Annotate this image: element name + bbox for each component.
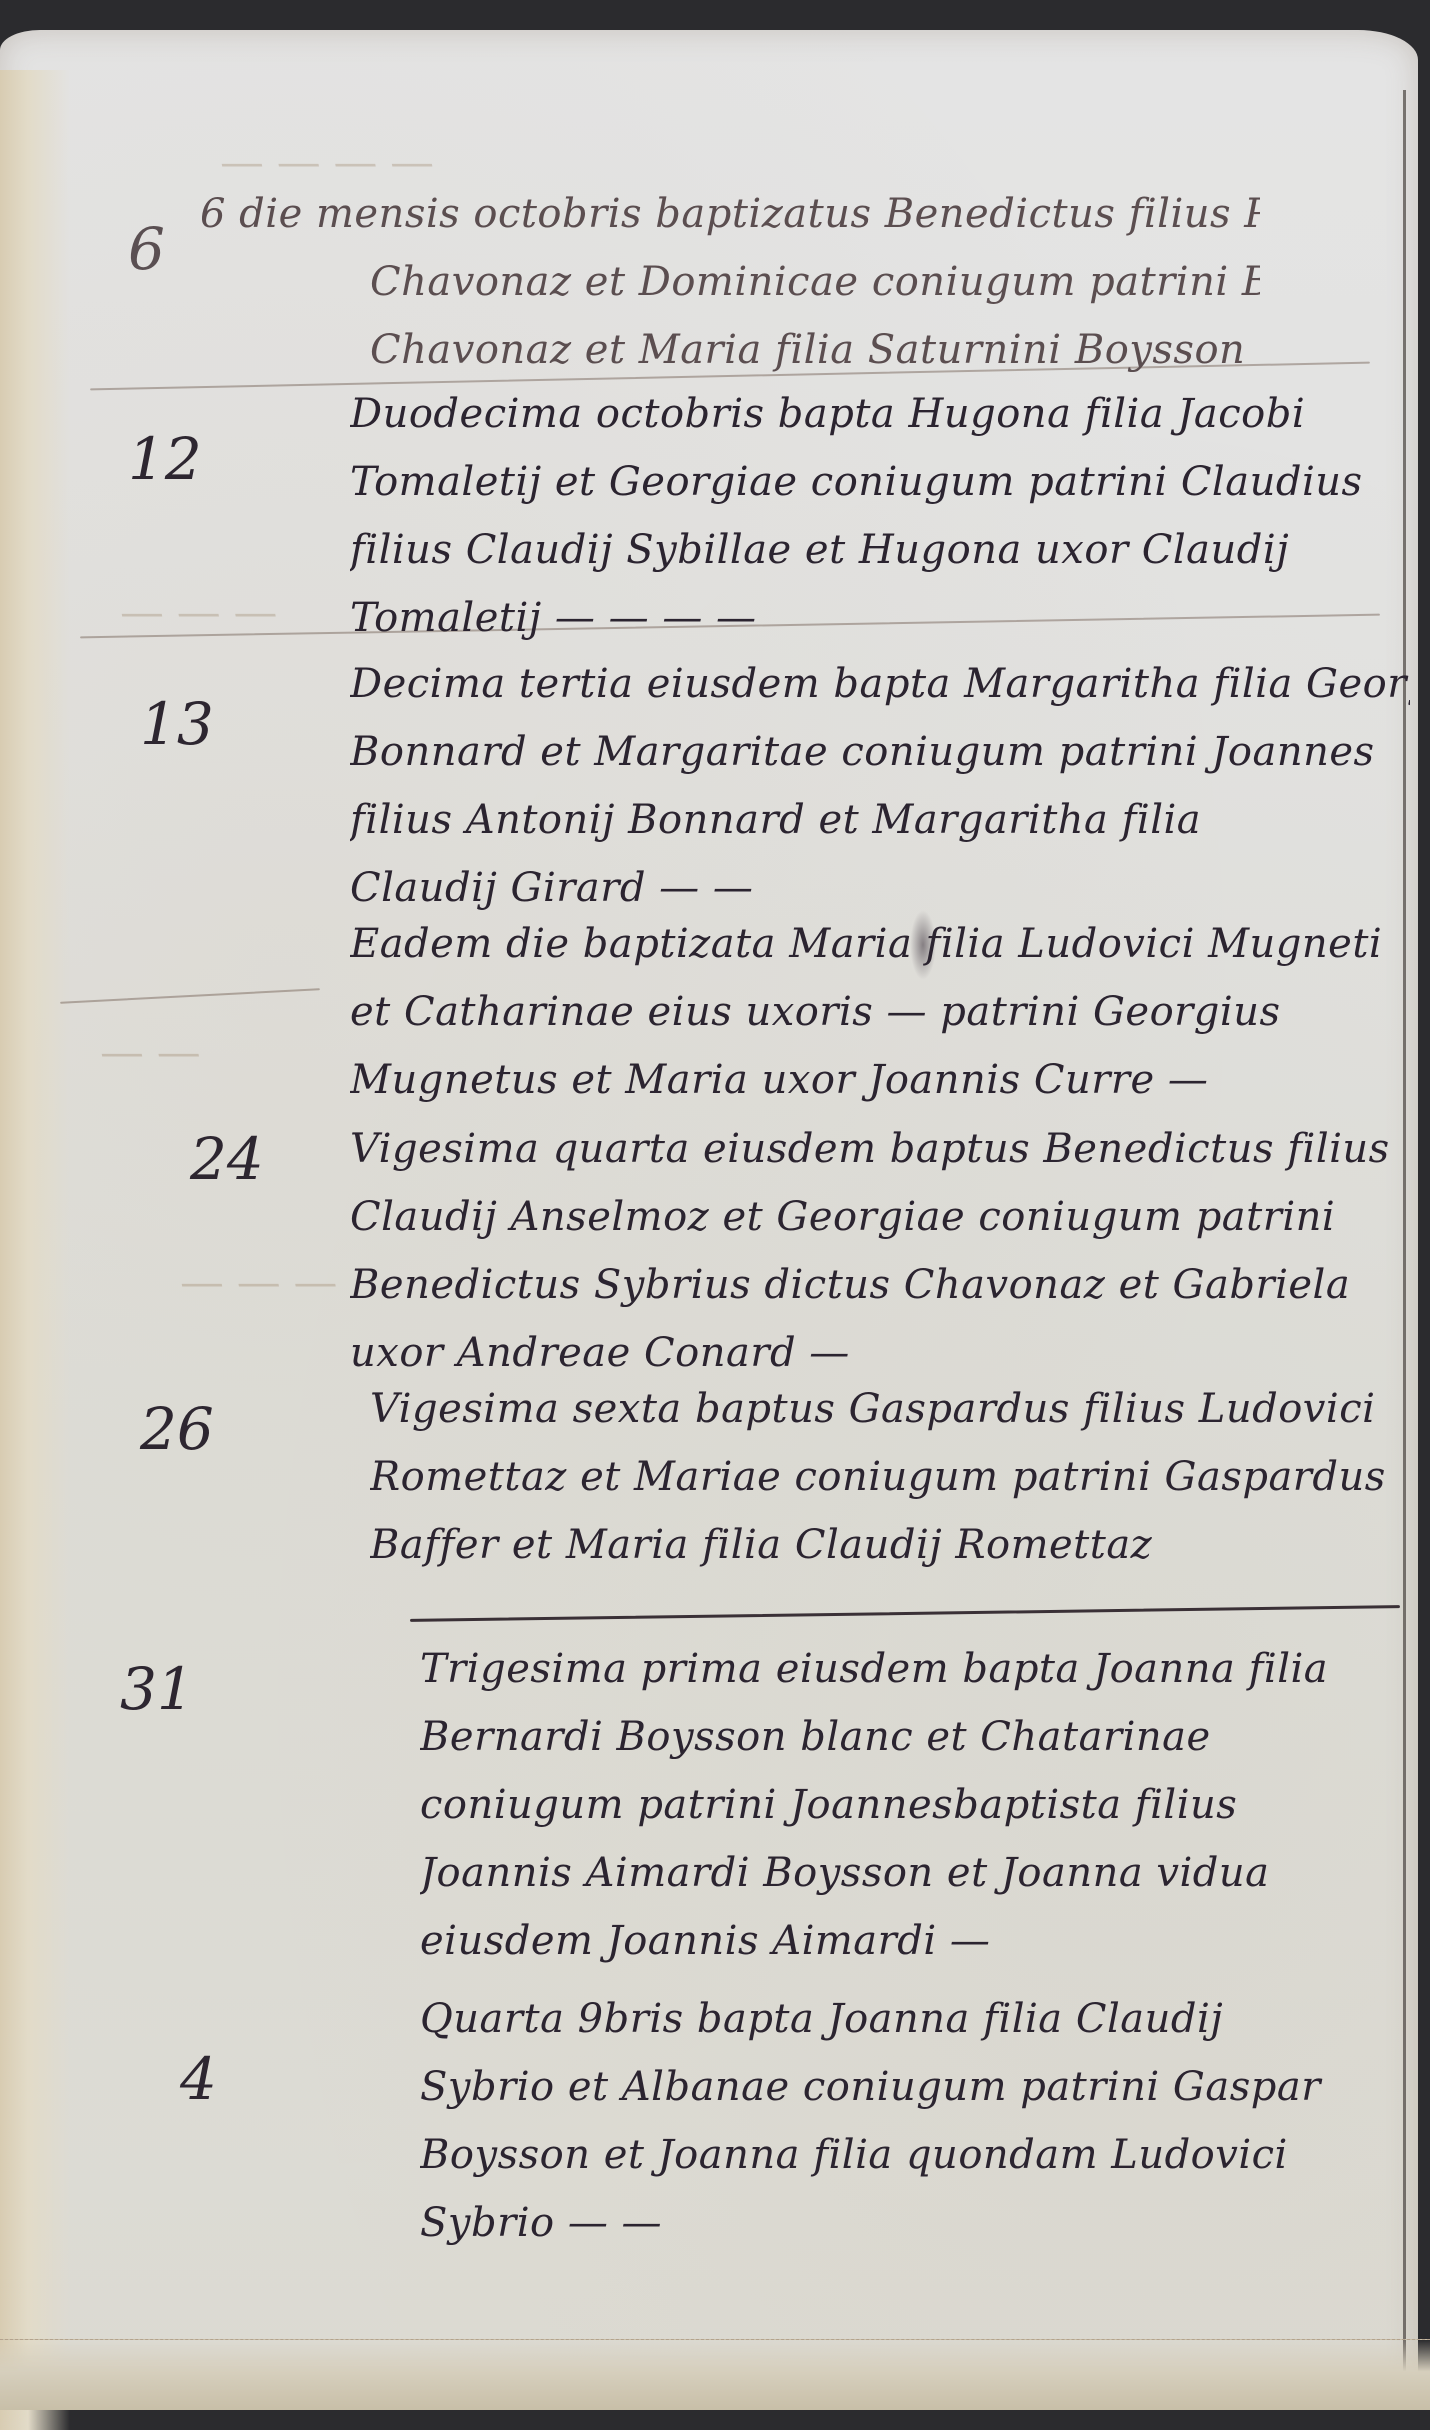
entry-line: 6 die mensis octobris baptizatus Benedic… [200,180,1260,248]
register-entry: Duodecima octobris bapta Hugona filia Ja… [350,380,1410,652]
page-bottom-edge [0,2339,1430,2410]
entry-line: Sybrio et Albanae coniugum patrini Gaspa… [420,2053,1430,2121]
divider-line [60,988,320,1004]
margin-date-number: 13 [140,695,214,753]
margin-date-number: 24 [190,1130,264,1188]
register-entry: Eadem die baptizata Maria filia Ludovici… [350,910,1410,1114]
entry-line: Bonnard et Margaritae coniugum patrini J… [350,718,1410,786]
manuscript-page: ― ― ― ― ― ― ― ― ― ― ― ― 6 6 die mensis o… [0,30,1418,2410]
entry-line: filius Antonij Bonnard et Margaritha fil… [350,786,1410,854]
entry-line: Trigesima prima eiusdem bapta Joanna fil… [420,1635,1430,1703]
entry-line: Vigesima quarta eiusdem baptus Benedictu… [350,1115,1410,1183]
entry-line: Joannis Aimardi Boysson et Joanna vidua [420,1839,1430,1907]
register-entry: 6 die mensis octobris baptizatus Benedic… [200,180,1260,384]
entry-line: Benedictus Sybrius dictus Chavonaz et Ga… [350,1251,1410,1319]
entry-line: Duodecima octobris bapta Hugona filia Ja… [350,380,1410,448]
bleed-through-text: ― ― ― [180,1260,335,1306]
entry-line: Chavonaz et Dominicae coniugum patrini B… [200,248,1260,316]
entry-line: Romettaz et Mariae coniugum patrini Gasp… [370,1443,1430,1511]
margin-date-number: 26 [140,1400,214,1458]
bleed-through-text: ― ― ― [120,590,275,636]
bleed-through-text: ― ― [100,1030,199,1076]
register-entry: Decima tertia eiusdem bapta Margaritha f… [350,650,1410,922]
margin-date-number: 4 [180,2050,217,2108]
entry-line: Chavonaz et Maria filia Saturnini Boysso… [200,316,1260,384]
entry-line: Baffer et Maria filia Claudij Romettaz [370,1511,1430,1579]
register-entry: Vigesima sexta baptus Gaspardus filius L… [370,1375,1430,1579]
entry-line: Bernardi Boysson blanc et Chatarinae [420,1703,1430,1771]
entry-line: Tomaletij et Georgiae coniugum patrini C… [350,448,1410,516]
entry-line: Vigesima sexta baptus Gaspardus filius L… [370,1375,1430,1443]
entry-line: Sybrio — — [420,2189,1430,2257]
entry-line: Decima tertia eiusdem bapta Margaritha f… [350,650,1410,718]
entry-line: eiusdem Joannis Aimardi — [420,1907,1430,1975]
entry-line: Boysson et Joanna filia quondam Ludovici [420,2121,1430,2189]
margin-date-number: 12 [128,430,202,488]
page-left-edge [0,70,70,2430]
entry-line: Tomaletij — — — — [350,584,1410,652]
entry-line: Quarta 9bris bapta Joanna filia Claudij [420,1985,1430,2053]
entry-line: Claudij Anselmoz et Georgiae coniugum pa… [350,1183,1410,1251]
register-entry: Vigesima quarta eiusdem baptus Benedictu… [350,1115,1410,1387]
register-entry: Quarta 9bris bapta Joanna filia Claudij … [420,1985,1430,2257]
scanned-document: ― ― ― ― ― ― ― ― ― ― ― ― 6 6 die mensis o… [0,0,1430,2430]
divider-line [410,1605,1400,1622]
entry-line: Mugnetus et Maria uxor Joannis Curre — [350,1046,1410,1114]
entry-line: filius Claudij Sybillae et Hugona uxor C… [350,516,1410,584]
register-entry: Trigesima prima eiusdem bapta Joanna fil… [420,1635,1430,1975]
margin-date-number: 31 [120,1660,194,1718]
entry-line: coniugum patrini Joannesbaptista filius [420,1771,1430,1839]
entry-line: Eadem die baptizata Maria filia Ludovici… [350,910,1410,978]
margin-date-number: 6 [128,220,165,278]
entry-line: et Catharinae eius uxoris — patrini Geor… [350,978,1410,1046]
